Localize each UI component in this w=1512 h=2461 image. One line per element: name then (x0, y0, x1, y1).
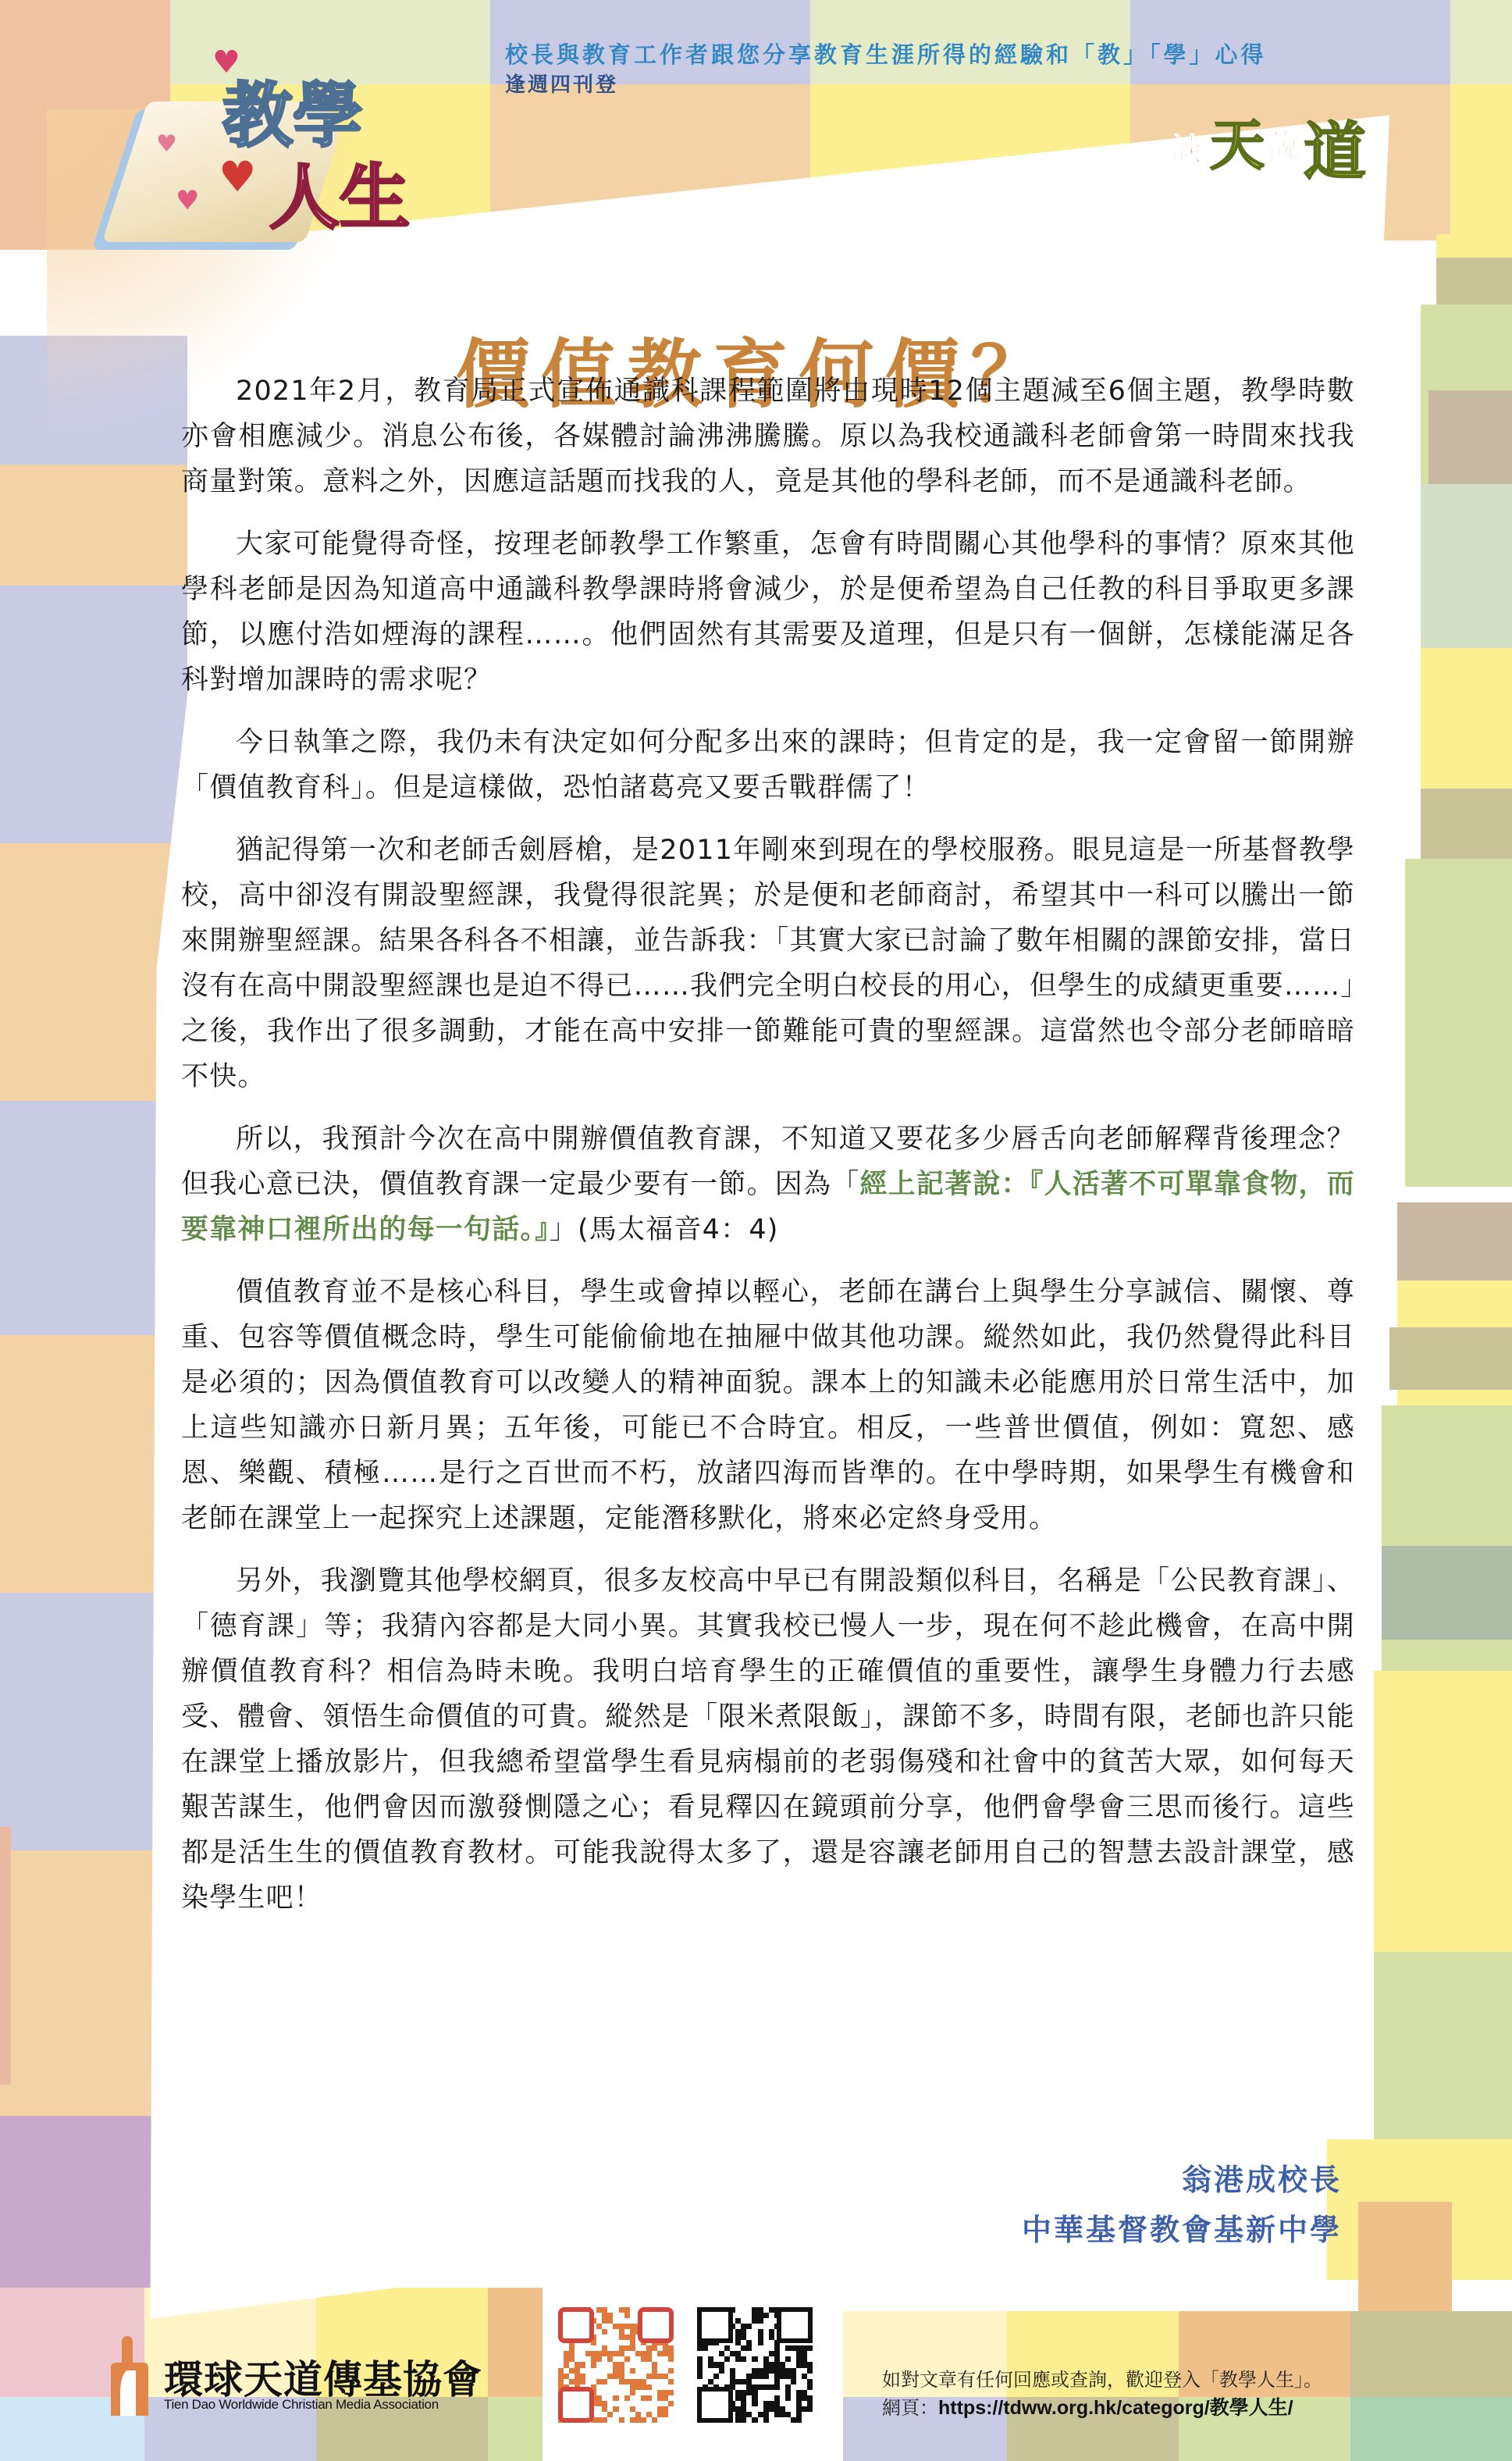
bg-tile (0, 1827, 11, 2085)
paragraph: 猶記得第一次和老師舌劍唇槍，是2011年剛來到現在的學校服務。眼見這是一所基督教… (181, 828, 1355, 1099)
paragraph: 2021年2月，教育局正式宣佈通識科課程範圍將由現時12個主題減至6個主題，教學… (181, 369, 1355, 504)
author-school: 中華基督教會基新中學 (1022, 2205, 1342, 2255)
brand-char: 談 (1171, 125, 1202, 169)
heart-icon: ♥ (176, 187, 199, 214)
contact-info: 如對文章有任何回應或查詢，歡迎登入「教學人生」。 網頁：https://tdww… (882, 2366, 1322, 2422)
column-logo: ♥ ♥ ♥ ♥ 教學 人生 (101, 39, 437, 242)
scripture-reference: 」(馬太福音4：4) (550, 1214, 779, 1245)
website-line: 網頁：https://tdww.org.hk/categorg/教學人生/ (882, 2394, 1322, 2422)
brand-char: 道 (1304, 102, 1366, 191)
bg-tile (1405, 859, 1512, 1187)
column-tagline: 校長與教育工作者跟您分享教育生涯所得的經驗和「教」「學」心得 (505, 37, 1267, 69)
qr-finder-icon (697, 2307, 733, 2343)
author-name: 翁港成校長 (1022, 2155, 1342, 2205)
bg-tile (1397, 1202, 1512, 1288)
bg-tile (1382, 1546, 1512, 1640)
bg-tile (0, 586, 187, 843)
author-signature: 翁港成校長 中華基督教會基新中學 (1022, 2155, 1342, 2255)
logo-text-line2: 人生 (269, 141, 410, 242)
contact-invitation: 如對文章有任何回應或查詢，歡迎登入「教學人生」。 (882, 2366, 1322, 2394)
qr-finder-icon (697, 2387, 733, 2423)
paragraph: 大家可能覺得奇怪，按理老師教學工作繁重，怎會有時間關心其他學科的事情？原來其他學… (181, 522, 1355, 703)
paragraph: 今日執筆之際，我仍未有決定如何分配多出來的課時；但肯定的是，我一定會留一節開辦「… (181, 720, 1355, 810)
colored-qr-code[interactable] (558, 2307, 674, 2423)
bg-tile (488, 2397, 543, 2461)
bg-tile (1350, 2311, 1512, 2397)
qr-finder-icon (558, 2307, 594, 2343)
bg-tile (1450, 84, 1512, 240)
qr-finder-icon (558, 2387, 594, 2423)
publication-schedule: 逢週四刊登 (505, 69, 618, 98)
bg-tile (1450, 0, 1512, 86)
website-link[interactable]: https://tdww.org.hk/categorg/教學人生/ (938, 2397, 1293, 2419)
brand-char: 說 (1268, 121, 1300, 166)
qr-finder-icon (638, 2307, 674, 2343)
heart-icon: ♥ (156, 133, 177, 156)
bg-tile (1374, 1671, 1512, 1960)
heart-icon: ♥ (219, 156, 256, 198)
bg-tile (1389, 1327, 1512, 1390)
organization-emblem-icon (111, 2336, 148, 2416)
article-body: 2021年2月，教育局正式宣佈通識科課程範圍將由現時12個主題減至6個主題，教學… (181, 369, 1355, 1938)
brand-char: 天 (1210, 102, 1265, 180)
bg-tile (488, 2288, 543, 2397)
brand-mark-logo: 談 天 說 道 (1171, 102, 1405, 187)
black-qr-code[interactable] (697, 2307, 813, 2423)
organization-name-en: Tien Dao Worldwide Christian Media Assoc… (164, 2397, 439, 2413)
paragraph: 另外，我瀏覽其他學校網頁，很多友校高中早已有開設類似科目，名稱是「公民教育課」、… (181, 1558, 1355, 1921)
bg-tile (0, 465, 187, 586)
paragraph-with-scripture: 所以，我預計今次在高中開辦價值教育課，不知道又要花多少唇舌向老師解釋背後理念？但… (181, 1117, 1355, 1252)
bg-tile (1350, 2397, 1512, 2461)
paragraph: 價值教育並不是核心科目，學生或會掉以輕心，老師在講台上與學生分享誠信、關懷、尊重… (181, 1270, 1355, 1541)
qr-finder-icon (777, 2307, 813, 2343)
bg-tile (1436, 258, 1512, 305)
website-label: 網頁： (882, 2397, 938, 2419)
